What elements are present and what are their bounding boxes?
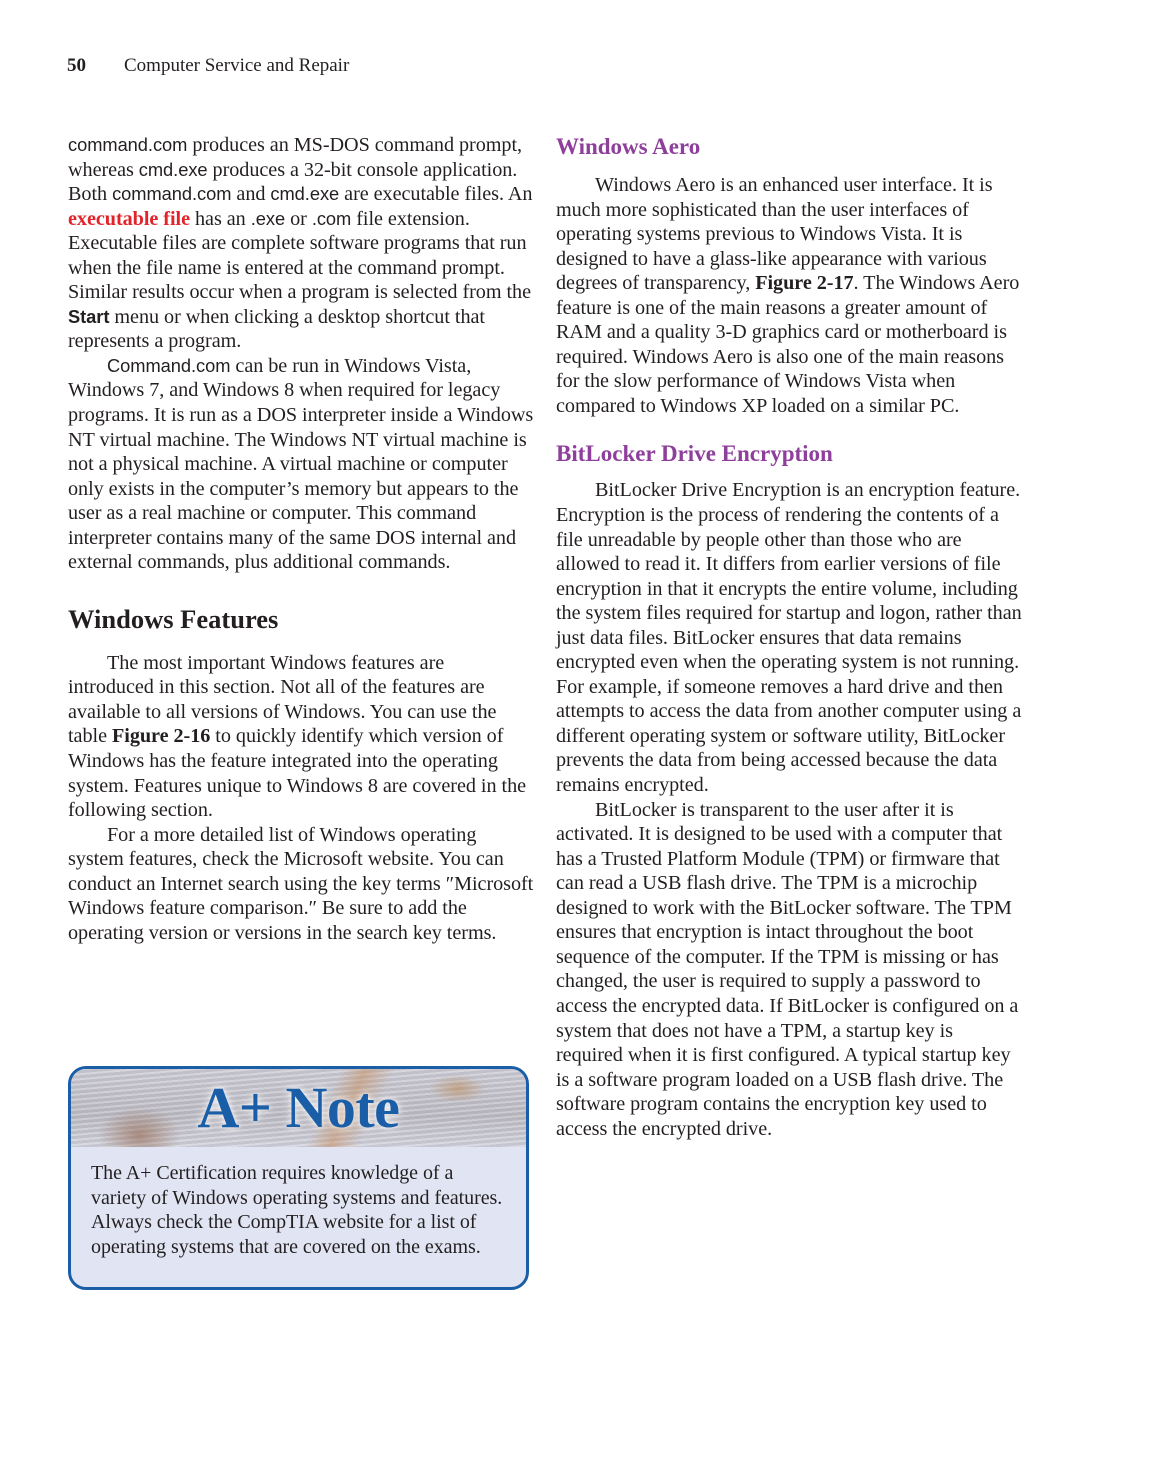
note-body: The A+ Certification requires knowledge … xyxy=(71,1147,526,1259)
a-plus-note-box: A+ Note The A+ Certification requires kn… xyxy=(68,1066,529,1290)
paragraph-command-com-vista: Command.com can be run in Windows Vista,… xyxy=(68,354,534,575)
key-term: executable file xyxy=(68,208,190,230)
text-run: and xyxy=(231,183,270,205)
note-title: A+ Note xyxy=(71,1073,526,1143)
code-term: command.com xyxy=(68,134,187,155)
subheading-windows-aero: Windows Aero xyxy=(556,133,1022,161)
note-text: The A+ Certification requires knowledge … xyxy=(91,1161,506,1259)
code-term: Command.com xyxy=(107,355,230,376)
right-column: Windows Aero Windows Aero is an enhanced… xyxy=(556,133,1022,1141)
book-title: Computer Service and Repair xyxy=(124,55,349,76)
text-run: can be run in Windows Vista, Windows 7, … xyxy=(68,355,533,573)
text-run: or xyxy=(285,208,312,230)
text-run: menu or when clicking a desktop shortcut… xyxy=(68,306,485,353)
left-column: command.com produces an MS-DOS command p… xyxy=(68,133,534,945)
paragraph-command-com: command.com produces an MS-DOS command p… xyxy=(68,133,534,354)
paragraph-bitlocker-intro: BitLocker Drive Encryption is an encrypt… xyxy=(556,478,1022,797)
paragraph-windows-aero: Windows Aero is an enhanced user interfa… xyxy=(556,173,1022,418)
section-heading-windows-features: Windows Features xyxy=(68,603,534,635)
ui-term-start: Start xyxy=(68,306,109,327)
text-run: are executable files. An xyxy=(339,183,532,205)
subheading-bitlocker: BitLocker Drive Encryption xyxy=(556,440,1022,468)
text-run: has an xyxy=(190,208,251,230)
code-term: .com xyxy=(312,208,351,229)
figure-reference: Figure 2-17 xyxy=(755,272,853,294)
paragraph-features-detail: For a more detailed list of Windows oper… xyxy=(68,823,534,946)
page-number: 50 xyxy=(67,54,124,78)
note-banner-image: A+ Note xyxy=(71,1069,526,1147)
code-term: cmd.exe xyxy=(270,183,339,204)
code-term: command.com xyxy=(112,183,231,204)
figure-reference: Figure 2-16 xyxy=(112,725,210,747)
running-header: 50Computer Service and Repair xyxy=(67,54,349,78)
code-term: .exe xyxy=(251,208,285,229)
paragraph-features-intro: The most important Windows features are … xyxy=(68,651,534,823)
paragraph-bitlocker-tpm: BitLocker is transparent to the user aft… xyxy=(556,798,1022,1142)
code-term: cmd.exe xyxy=(139,159,208,180)
